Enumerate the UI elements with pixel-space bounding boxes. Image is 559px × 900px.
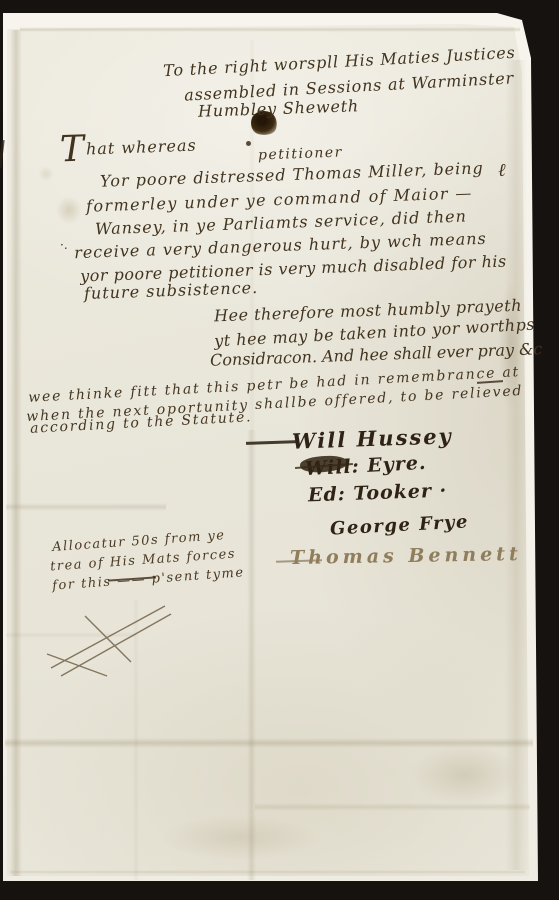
inserted-word-petitioner: petitioner [258,145,343,164]
signature-thomas-bennett: Thomas Bennett [290,543,522,569]
opening-rest: hat whereas [86,136,197,159]
pen-cross-flourish [45,598,195,680]
opening-capital: T [59,128,86,170]
margin-mark: ·. [60,238,68,252]
manuscript-photo: To the right worspll His Maties Justices… [0,0,559,900]
stray-ink-mark: ℓ [498,160,506,181]
